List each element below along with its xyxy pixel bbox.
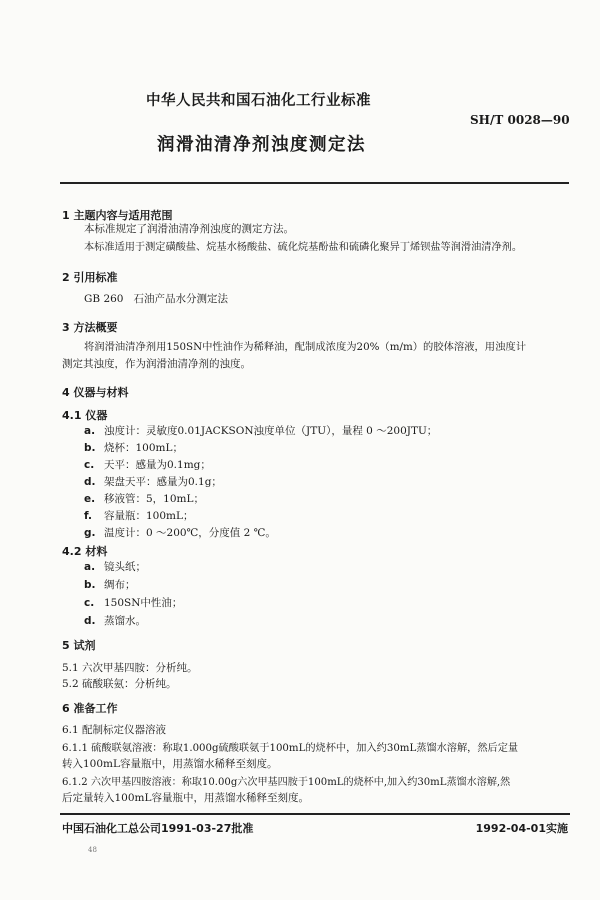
section-6-heading: 6 准备工作 [62,700,117,716]
section-2-heading: 2 引用标准 [62,269,117,285]
reagent-5-1: 5.1 六次甲基四胺：分析纯。 [62,660,198,675]
material-item-b: b.绸布； [84,577,136,592]
instrument-item-d: d.架盘天平：感量为0.1g； [84,474,222,489]
section-6-1-heading: 6.1 配制标定仪器溶液 [62,722,166,737]
material-item-c: c.150SN中性油； [84,595,182,610]
section-4-2-heading: 4.2 材料 [62,543,107,559]
instrument-item-g: g.温度计：0 ～200℃，分度值 2 ℃。 [84,525,276,540]
section-1-para-2: 本标准适用于测定磺酸盐、烷基水杨酸盐、硫化烷基酚盐和硫磷化聚异丁烯钡盐等润滑油清… [84,240,522,255]
section-6-1-1-line-2: 转入100mL容量瓶中，用蒸馏水稀释至刻度。 [62,756,277,771]
section-4-1-heading: 4.1 仪器 [62,407,107,423]
section-3-para-2: 测定其浊度，作为润滑油清净剂的浊度。 [62,357,251,372]
effective-date: 1992-04-01实施 [476,820,568,836]
instrument-item-f: f.容量瓶：100mL； [84,508,193,523]
section-6-1-2-line-1: 6.1.2 六次甲基四胺溶液：称取10.00g六次甲基四胺于100mL的烧杯中,… [62,773,510,788]
section-5-heading: 5 试剂 [62,637,95,653]
section-3-heading: 3 方法概要 [62,319,117,335]
section-3-para-1: 将润滑油清净剂用150SN中性油作为稀释油，配制成浓度为20%（m/m）的胶体溶… [84,340,526,355]
instrument-item-b: b.烧杯：100mL； [84,440,183,455]
section-4-heading: 4 仪器与材料 [62,384,128,400]
section-6-1-1-line-1: 6.1.1 硫酸联氨溶液：称取1.000g硫酸联氨于100mL的烧杯中，加入约3… [62,739,518,754]
section-6-1-2-line-2: 后定量转入100mL容量瓶中，用蒸馏水稀释至刻度。 [62,790,309,805]
reagent-5-2: 5.2 硫酸联氨：分析纯。 [62,676,177,691]
instrument-item-c: c.天平：感量为0.1mg； [84,457,211,472]
section-2-reference: GB 260 石油产品水分测定法 [84,292,228,307]
material-item-d: d.蒸馏水。 [84,613,146,628]
section-1-para-1: 本标准规定了润滑油清净剂浊度的测定方法。 [84,222,294,237]
page-number: 48 [88,846,97,854]
section-1-heading: 1 主题内容与适用范围 [62,207,172,223]
instrument-item-e: e.移液管：5，10mL； [84,491,204,506]
instrument-item-a: a.浊度计：灵敏度0.01JACKSON浊度单位（JTU），量程 0 ～200J… [84,423,437,438]
footer-divider [60,813,570,815]
standard-number: SH/T 0028—90 [470,113,570,127]
material-item-a: a.镜头纸； [84,559,146,574]
document-title: 润滑油清净剂浊度测定法 [157,131,366,156]
header-divider [60,182,569,184]
approval-date: 中国石油化工总公司1991-03-27批准 [62,820,253,836]
issuing-organization: 中华人民共和国石油化工行业标准 [146,89,371,110]
